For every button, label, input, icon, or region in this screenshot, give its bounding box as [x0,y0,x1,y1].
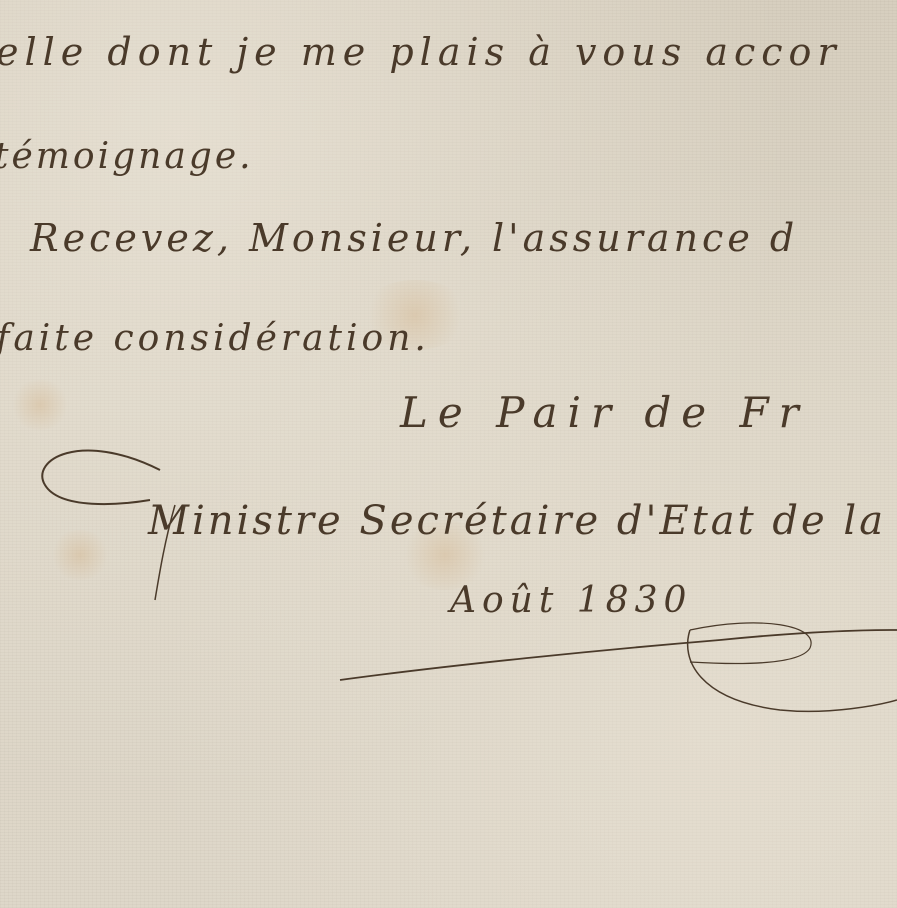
foxing-stain [50,530,110,580]
foxing-stain [10,380,70,430]
text-line-2: témoignage. [0,136,254,177]
text-line-4: faite considération. [0,318,430,359]
text-line-3: Recevez, Monsieur, l'assurance d [30,216,798,260]
letter-page: elle dont je me plais à vous accor témoi… [0,0,897,908]
signature-title: Le Pair de Fr [400,388,809,437]
signature-office: Ministre Secrétaire d'Etat de la [148,498,886,544]
text-line-1: elle dont je me plais à vous accor [0,30,842,74]
signature-date: Août 1830 [450,580,692,621]
